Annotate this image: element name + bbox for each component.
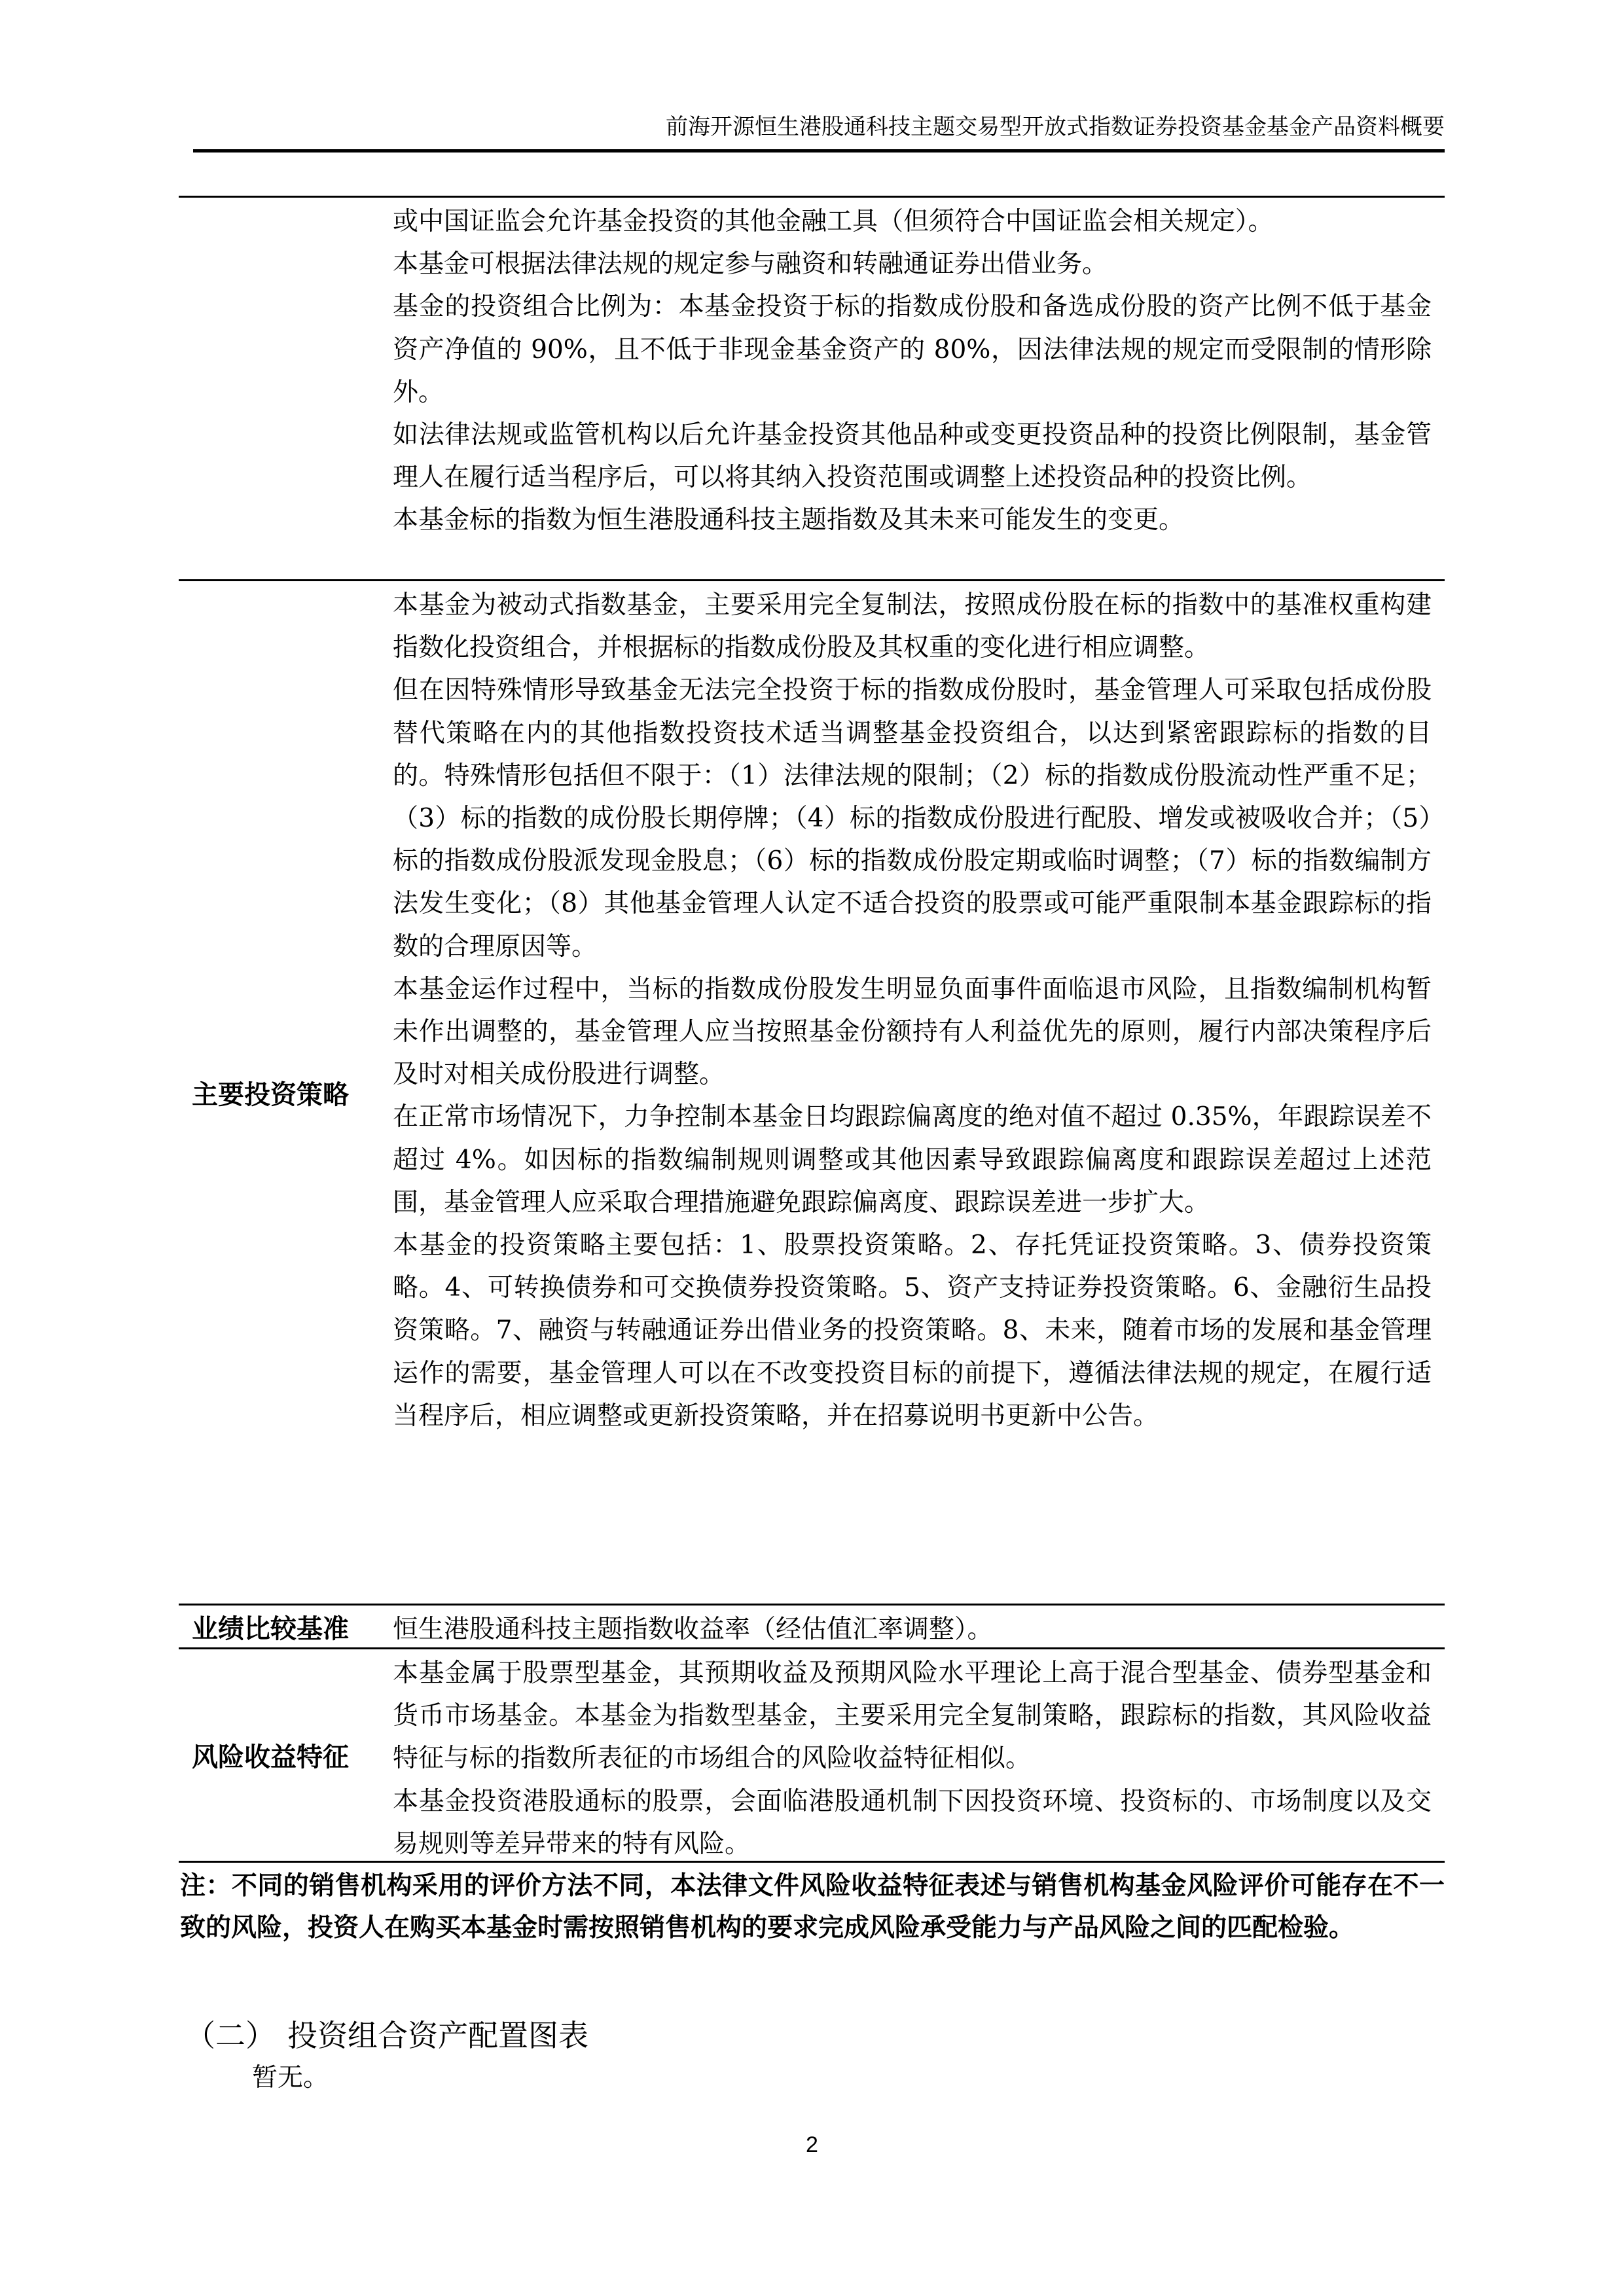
row-content: 或中国证监会允许基金投资的其他金融工具（但须符合中国证监会相关规定）。 本基金可… (388, 198, 1445, 579)
paragraph: 如法律法规或监管机构以后允许基金投资其他品种或变更投资品种的投资比例限制，基金管… (393, 414, 1432, 499)
paragraph: 或中国证监会允许基金投资的其他金融工具（但须符合中国证监会相关规定）。 (393, 200, 1432, 243)
paragraph: 但在因特殊情形导致基金无法完全投资于标的指数成份股时，基金管理人可采取包括成份股… (393, 669, 1432, 967)
row-label (179, 198, 388, 579)
paragraph: 本基金投资港股通标的股票，会面临港股通机制下因投资环境、投资标的、市场制度以及交… (393, 1780, 1432, 1865)
table-row-investment-scope: 或中国证监会允许基金投资的其他金融工具（但须符合中国证监会相关规定）。 本基金可… (179, 198, 1445, 581)
fund-info-table: 或中国证监会允许基金投资的其他金融工具（但须符合中国证监会相关规定）。 本基金可… (179, 196, 1445, 1863)
paragraph: 本基金可根据法律法规的规定参与融资和转融通证券出借业务。 (393, 243, 1432, 285)
paragraph: 本基金属于股票型基金，其预期收益及预期风险水平理论上高于混合型基金、债券型基金和… (393, 1652, 1432, 1780)
section-title: 投资组合资产配置图表 (287, 2018, 588, 2053)
section-heading: （二）投资组合资产配置图表 (185, 2016, 588, 2055)
paragraph: 本基金的投资策略主要包括：1、股票投资策略。2、存托凭证投资策略。3、债券投资策… (393, 1224, 1432, 1437)
section-body: 暂无。 (252, 2058, 329, 2098)
row-content: 恒生港股通科技主题指数收益率（经估值汇率调整）。 (388, 1605, 1445, 1647)
row-content: 本基金为被动式指数基金，主要采用完全复制法，按照成份股在标的指数中的基准权重构建… (388, 581, 1445, 1604)
table-row-investment-strategy: 主要投资策略 本基金为被动式指数基金，主要采用完全复制法，按照成份股在标的指数中… (179, 581, 1445, 1605)
row-label-risk-return: 风险收益特征 (179, 1649, 388, 1861)
paragraph: 基金的投资组合比例为：本基金投资于标的指数成份股和备选成份股的资产比例不低于基金… (393, 285, 1432, 414)
row-content: 本基金属于股票型基金，其预期收益及预期风险水平理论上高于混合型基金、债券型基金和… (388, 1649, 1445, 1861)
row-label-benchmark: 业绩比较基准 (179, 1605, 388, 1647)
risk-note: 注：不同的销售机构采用的评价方法不同，本法律文件风险收益特征表述与销售机构基金风… (180, 1865, 1445, 1949)
row-label-investment-strategy: 主要投资策略 (179, 581, 388, 1604)
document-header-title: 前海开源恒生港股通科技主题交易型开放式指数证券投资基金基金产品资料概要 (193, 111, 1445, 143)
paragraph: 在正常市场情况下，力争控制本基金日均跟踪偏离度的绝对值不超过 0.35%，年跟踪… (393, 1096, 1432, 1224)
table-row-risk-return: 风险收益特征 本基金属于股票型基金，其预期收益及预期风险水平理论上高于混合型基金… (179, 1649, 1445, 1863)
paragraph: 恒生港股通科技主题指数收益率（经估值汇率调整）。 (393, 1608, 1432, 1651)
section-number: （二） (185, 2018, 276, 2053)
paragraph: 本基金运作过程中，当标的指数成份股发生明显负面事件面临退市风险，且指数编制机构暂… (393, 968, 1432, 1096)
paragraph: 本基金为被动式指数基金，主要采用完全复制法，按照成份股在标的指数中的基准权重构建… (393, 584, 1432, 669)
header-divider (193, 149, 1445, 152)
paragraph: 本基金标的指数为恒生港股通科技主题指数及其未来可能发生的变更。 (393, 499, 1432, 541)
page-number: 2 (0, 2132, 1624, 2158)
table-row-benchmark: 业绩比较基准 恒生港股通科技主题指数收益率（经估值汇率调整）。 (179, 1605, 1445, 1649)
